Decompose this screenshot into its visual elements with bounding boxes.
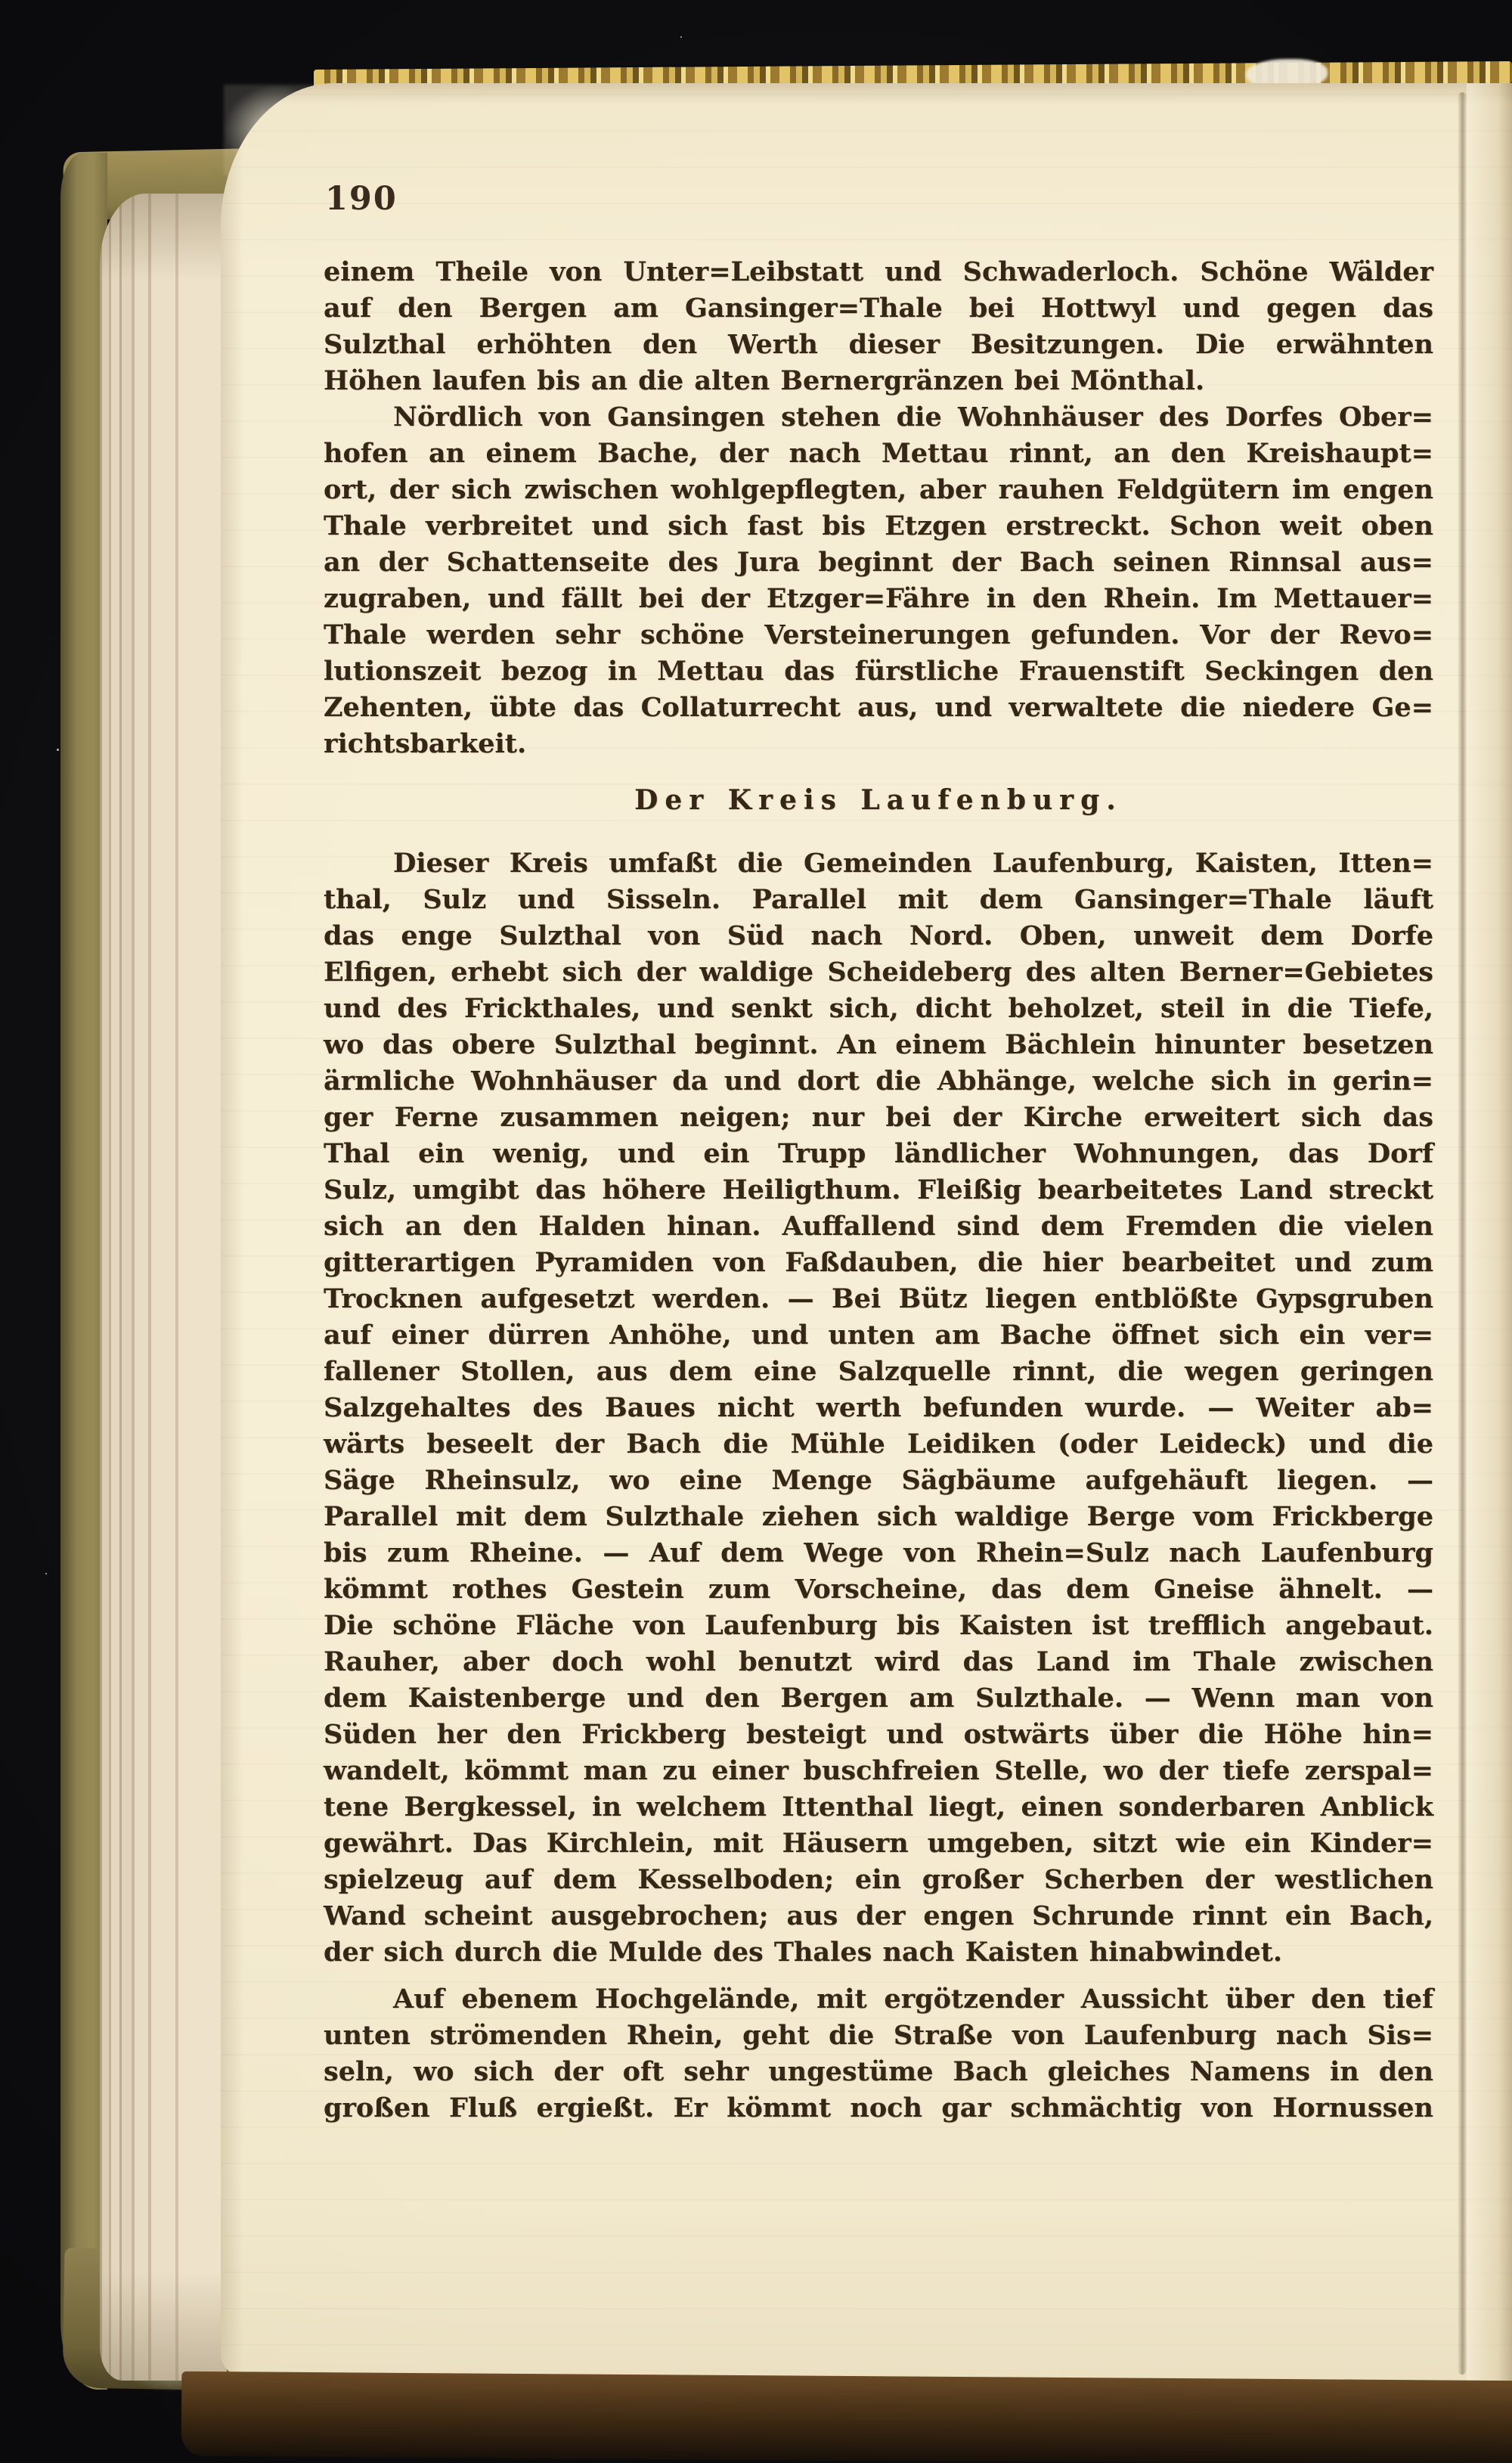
- photographed-book-scene: 190 einem Theile von Unter=Leibstatt und…: [0, 0, 1512, 2463]
- text-line: auf einer dürren Anhöhe, und unten am Ba…: [324, 1317, 1433, 1354]
- text-line: richtsbarkeit.: [324, 726, 1433, 762]
- gutter-crease: [1458, 92, 1467, 2375]
- page-stack-fore-edge: [100, 194, 227, 2381]
- text-line: lutionszeit bezog in Mettau das fürstlic…: [324, 653, 1433, 690]
- text-line: Nördlich von Gansingen stehen die Wohnhä…: [324, 399, 1433, 436]
- section-heading: Der Kreis Laufenburg.: [324, 782, 1433, 818]
- text-line: an der Schattenseite des Jura beginnt de…: [324, 544, 1433, 581]
- text-line: hofen an einem Bache, der nach Mettau ri…: [324, 436, 1433, 472]
- text-line: Wand scheint ausgebrochen; aus der engen…: [324, 1898, 1433, 1934]
- text-line: Parallel mit dem Sulzthale ziehen sich w…: [324, 1499, 1433, 1535]
- text-line: Elfigen, erhebt sich der waldige Scheide…: [324, 954, 1433, 991]
- text-line: Auf ebenem Hochgelände, mit ergötzender …: [324, 1981, 1433, 2018]
- text-line: ger Ferne zusammen neigen; nur bei der K…: [324, 1100, 1433, 1136]
- text-line: der sich durch die Mulde des Thales nach…: [324, 1934, 1433, 1971]
- text-line: das enge Sulzthal von Süd nach Nord. Obe…: [324, 918, 1433, 954]
- paragraph-kreis-laufenburg: Dieser Kreis umfaßt die Gemeinden Laufen…: [324, 845, 1433, 1971]
- text-line: zugraben, und fällt bei der Etzger=Fähre…: [324, 581, 1433, 617]
- text-line: Säge Rheinsulz, wo eine Menge Sägbäume a…: [324, 1463, 1433, 1499]
- text-line: tene Bergkessel, in welchem Ittenthal li…: [324, 1789, 1433, 1826]
- dust-speck: [680, 36, 682, 38]
- text-line: Thal ein wenig, und ein Trupp ländlicher…: [324, 1136, 1433, 1172]
- text-line: Höhen laufen bis an die alten Bernergrän…: [324, 363, 1433, 399]
- page-text-block: einem Theile von Unter=Leibstatt und Sch…: [324, 254, 1433, 2126]
- text-line: bis zum Rheine. — Auf dem Wege von Rhein…: [324, 1535, 1433, 1571]
- text-line: sich an den Halden hinan. Auffallend sin…: [324, 1208, 1433, 1245]
- text-line: großen Fluß ergießt. Er kömmt noch gar s…: [324, 2090, 1433, 2126]
- text-line: Trocknen aufgesetzt werden. — Bei Bütz l…: [324, 1281, 1433, 1317]
- text-line: kömmt rothes Gestein zum Vorscheine, das…: [324, 1571, 1433, 1608]
- text-line: Sulzthal erhöhten den Werth dieser Besit…: [324, 327, 1433, 363]
- text-line: Dieser Kreis umfaßt die Gemeinden Laufen…: [324, 845, 1433, 882]
- text-line: Thale werden sehr schöne Versteinerungen…: [324, 617, 1433, 653]
- text-line: dem Kaistenberge und den Bergen am Sulzt…: [324, 1680, 1433, 1717]
- text-line: fallener Stollen, aus dem eine Salzquell…: [324, 1354, 1433, 1390]
- text-line: unten strömenden Rhein, geht die Straße …: [324, 2018, 1433, 2054]
- paragraph-hochgelaende: Auf ebenem Hochgelände, mit ergötzender …: [324, 1981, 1433, 2126]
- text-line: wandelt, kömmt man zu einer buschfreien …: [324, 1753, 1433, 1789]
- paragraph-gansingen: Nördlich von Gansingen stehen die Wohnhä…: [324, 399, 1433, 762]
- text-line: wo das obere Sulzthal beginnt. An einem …: [324, 1027, 1433, 1063]
- text-line: spielzeug auf dem Kesselboden; ein große…: [324, 1862, 1433, 1898]
- dust-speck: [57, 749, 59, 751]
- text-line: Salzgehaltes des Baues nicht werth befun…: [324, 1390, 1433, 1426]
- text-line: auf den Bergen am Gansinger=Thale bei Ho…: [324, 290, 1433, 327]
- text-line: ärmliche Wohnhäuser da und dort die Abhä…: [324, 1063, 1433, 1100]
- text-line: Thale verbreitet und sich fast bis Etzge…: [324, 508, 1433, 544]
- text-line: Sulz, umgibt das höhere Heiligthum. Flei…: [324, 1172, 1433, 1208]
- text-line: gitterartigen Pyramiden von Faßdauben, d…: [324, 1245, 1433, 1281]
- gutter-shadow: [1467, 83, 1512, 2382]
- text-line: Zehenten, übte das Collaturrecht aus, un…: [324, 690, 1433, 726]
- dust-speck: [45, 1573, 47, 1574]
- text-line: und des Frickthales, und senkt sich, dic…: [324, 991, 1433, 1027]
- text-line: wärts beseelt der Bach die Mühle Leidike…: [324, 1426, 1433, 1463]
- text-line: Die schöne Fläche von Laufenburg bis Kai…: [324, 1608, 1433, 1644]
- text-line: Süden her den Frickberg besteigt und ost…: [324, 1717, 1433, 1753]
- text-line: ort, der sich zwischen wohlgepflegten, a…: [324, 472, 1433, 508]
- text-line: einem Theile von Unter=Leibstatt und Sch…: [324, 254, 1433, 290]
- text-line: Rauher, aber doch wohl benutzt wird das …: [324, 1644, 1433, 1680]
- text-line: gewährt. Das Kirchlein, mit Häusern umge…: [324, 1826, 1433, 1862]
- text-line: thal, Sulz und Sisseln. Parallel mit dem…: [324, 882, 1433, 918]
- paragraph-continuation: einem Theile von Unter=Leibstatt und Sch…: [324, 254, 1433, 399]
- book-board-bottom: [181, 2371, 1512, 2463]
- page-number: 190: [325, 180, 398, 218]
- text-line: seln, wo sich der oft sehr ungestüme Bac…: [324, 2054, 1433, 2090]
